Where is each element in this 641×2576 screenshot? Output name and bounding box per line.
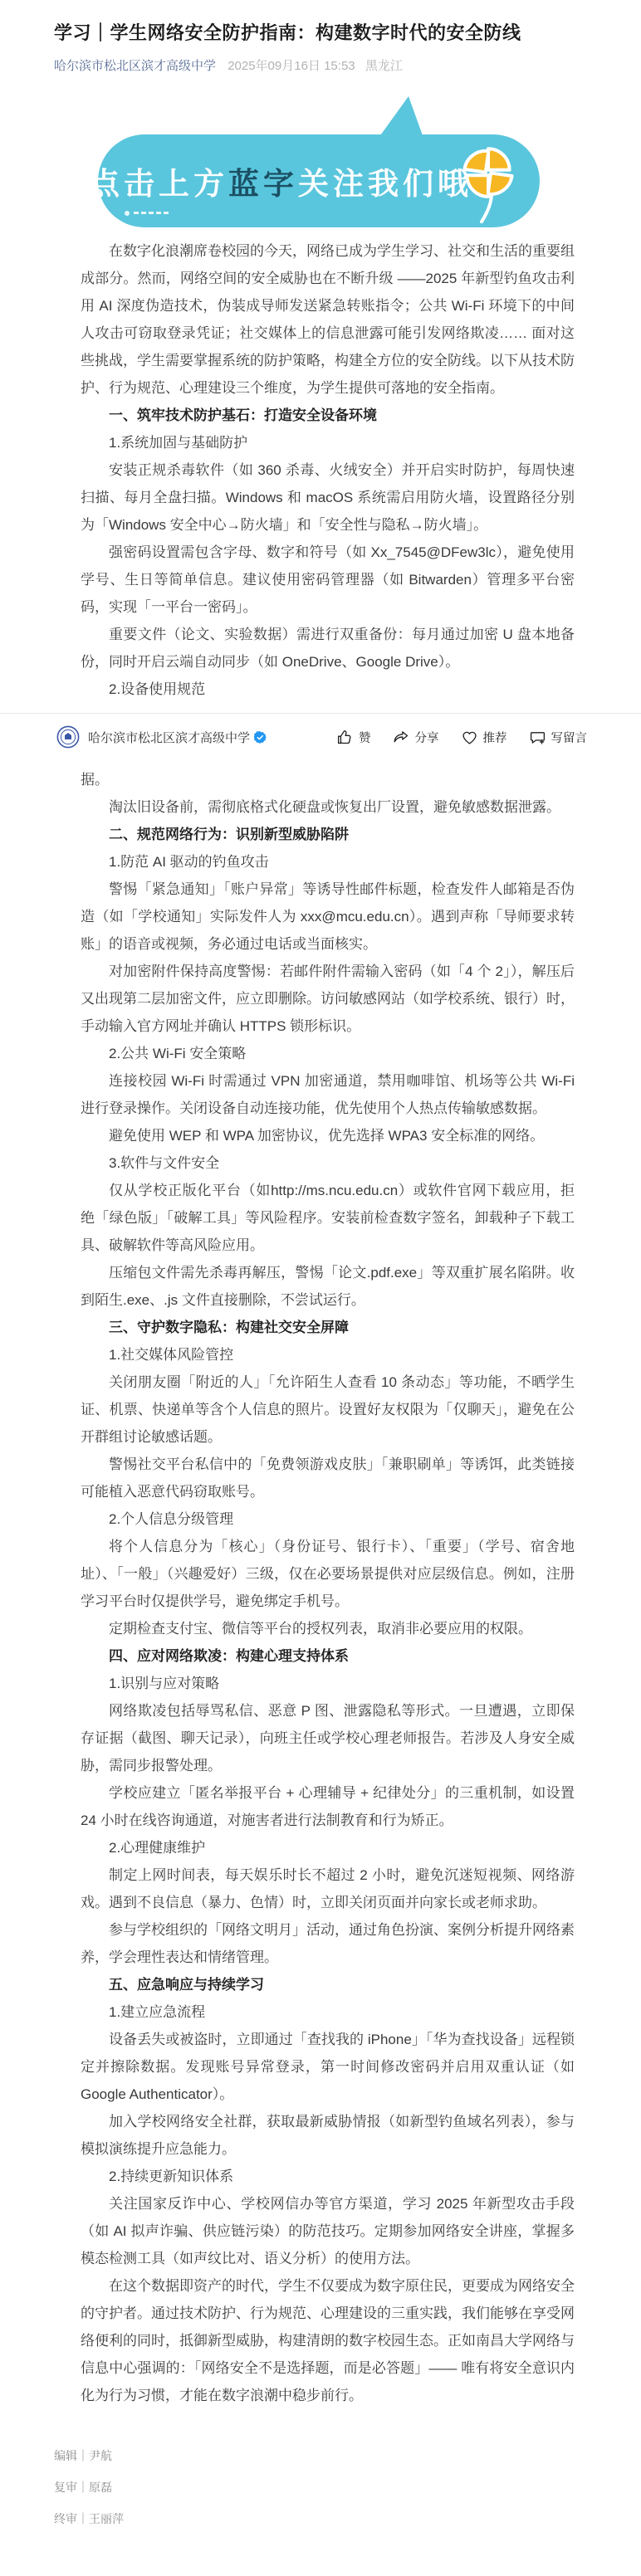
subsection-heading: 2.设备使用规范 [81,676,575,703]
pinwheel-icon [448,139,528,226]
subsection-heading: 1.社交媒体风险管控 [81,1341,575,1368]
subsection-heading: 1.建立应急流程 [81,1998,575,2026]
paragraph: 重要文件（论文、实验数据）需进行双重备份：每月通过加密 U 盘本地备份，同时开启… [81,621,575,676]
action-label: 赞 [359,729,371,746]
bar-account-link[interactable]: 哈尔滨市松北区滨才高级中学 [56,725,267,749]
paragraph: 在这个数据即资产的时代，学生不仅要成为数字原住民，更要成为网络安全的守护者。通过… [81,2272,575,2409]
verified-badge-icon [254,731,267,744]
bar-account-name: 哈尔滨市松北区滨才高级中学 [88,729,250,746]
subsection-heading: 2.心理健康维护 [81,1834,575,1861]
paragraph: 仅从学校正版化平台（如http://ms.ncu.edu.cn）或软件官网下载应… [81,1177,575,1259]
paragraph: 学校应建立「匿名举报平台 + 心理辅导 + 纪律处分」的三重机制，如设置 24 … [81,1779,575,1834]
paragraph: 警惕社交平台私信中的「免费领游戏皮肤」「兼职刷单」等诱饵，此类链接可能植入恶意代… [81,1451,575,1505]
subsection-heading: 2.公共 Wi-Fi 安全策略 [81,1040,575,1067]
account-link[interactable]: 哈尔滨市松北区滨才高级中学 [54,59,216,73]
section-heading: 二、规范网络行为：识别新型威胁陷阱 [81,821,575,848]
paragraph: 关闭朋友圈「附近的人」「允许陌生人查看 10 条动态」等功能，不晒学生证、机票、… [81,1368,575,1451]
paragraph: 将个人信息分为「核心」（身份证号、银行卡）、「重要」（学号、宿舍地址）、「一般」… [81,1533,575,1615]
credit-line: 终审｜王丽萍 [54,2510,587,2527]
bar-actions: 赞分享推荐写留言 [336,729,587,746]
paragraph: 淘汰旧设备前，需彻底格式化硬盘或恢复出厂设置，避免敏感数据泄露。 [81,793,575,821]
section-heading: 五、应急响应与持续学习 [81,1971,575,1998]
article-meta: 哈尔滨市松北区滨才高级中学 2025年09月16日 15:53 黑龙江 [54,57,587,75]
banner-text-highlight: 蓝字 [228,159,298,203]
page-title: 学习｜学生网络安全防护指南：构建数字时代的安全防线 [54,20,587,46]
paragraph: 警惕「紧急通知」「账户异常」等诱导性邮件标题，检查发件人邮箱是否伪造（如「学校通… [81,876,575,958]
action-label: 写留言 [551,729,588,746]
paragraph: 安装正规杀毒软件（如 360 杀毒、火绒安全）并开启实时防护，每周快速扫描、每月… [81,456,575,539]
subsection-heading: 3.软件与文件安全 [81,1149,575,1177]
article-body-part2: 据。淘汰旧设备前，需彻底格式化硬盘或恢复出厂设置，避免敏感数据泄露。二、规范网络… [0,761,641,2409]
like-button[interactable]: 赞 [336,729,371,746]
comment-icon [529,729,546,746]
bubble-tail [375,96,427,138]
paragraph: 避免使用 WEP 和 WPA 加密协议，优先选择 WPA3 安全标准的网络。 [81,1122,575,1149]
paragraph: 关注国家反诈中心、学校网信办等官方渠道，学习 2025 年新型攻击手段（如 AI… [81,2190,575,2272]
section-heading: 一、筑牢技术防护基石：打造安全设备环境 [81,402,575,429]
section-heading: 三、守护数字隐私：构建社交安全屏障 [81,1314,575,1341]
subsection-heading: 2.持续更新知识体系 [81,2163,575,2190]
banner-bubble: 点击上方蓝字关注我们哦 [98,134,540,227]
paragraph: 在数字化浪潮席卷校园的今天，网络已成为学生学习、社交和生活的重要组成部分。然而，… [81,237,575,402]
paragraph: 设备丢失或被盗时，立即通过「查找我的 iPhone」「华为查找设备」远程锁定并擦… [81,2026,575,2108]
banner-text-before: 点击上方 [89,159,228,203]
paragraph: 网络欺凌包括辱骂私信、恶意 P 图、泄露隐私等形式。一旦遭遇，立即保存证据（截图… [81,1697,575,1779]
subsection-heading: 2.个人信息分级管理 [81,1505,575,1533]
action-label: 分享 [415,729,439,746]
location-label: 黑龙江 [365,59,403,73]
paragraph: 制定上网时间表，每天娱乐时长不超过 2 小时，避免沉迷短视频、网络游戏。遇到不良… [81,1861,575,1916]
share-button[interactable]: 分享 [393,729,439,746]
comment-button[interactable]: 写留言 [529,729,588,746]
subsection-heading: 1.系统加固与基础防护 [81,429,575,456]
credit-line: 编辑｜尹航 [54,2447,587,2464]
credit-line: 复审｜原磊 [54,2479,587,2495]
banner-decoration [125,211,169,216]
section-heading: 四、应对网络欺凌：构建心理支持体系 [81,1642,575,1670]
paragraph: 连接校园 Wi-Fi 时需通过 VPN 加密通道，禁用咖啡馆、机场等公共 Wi-… [81,1067,575,1122]
paragraph: 压缩包文件需先杀毒再解压，警惕「论文.pdf.exe」等双重扩展名陷阱。收到陌生… [81,1259,575,1314]
subsection-heading: 1.识别与应对策略 [81,1670,575,1697]
publish-date: 2025年09月16日 15:53 [228,59,355,73]
article-header: 学习｜学生网络安全防护指南：构建数字时代的安全防线 哈尔滨市松北区滨才高级中学 … [0,0,641,75]
floating-action-bar: 哈尔滨市松北区滨才高级中学 赞分享推荐写留言 [0,713,641,761]
paragraph: 定期检查支付宝、微信等平台的授权列表，取消非必要应用的权限。 [81,1615,575,1642]
paragraph: 强密码设置需包含字母、数字和符号（如 Xx_7545@DFew3lc），避免使用… [81,539,575,621]
action-label: 推荐 [483,729,507,746]
footer-credits: 编辑｜尹航复审｜原磊终审｜王丽萍 [0,2447,641,2527]
heart-icon [461,729,478,746]
subsection-heading: 1.防范 AI 驱动的钓鱼攻击 [81,848,575,876]
thumb-up-icon [336,729,354,746]
share-icon [393,729,410,746]
banner-text-after: 关注我们哦 [298,159,472,203]
paragraph: 参与学校组织的「网络文明月」活动，通过角色扮演、案例分析提升网络素养，学会理性表… [81,1916,575,1971]
article-body-part1: 在数字化浪潮席卷校园的今天，网络已成为学生学习、社交和生活的重要组成部分。然而，… [0,229,641,703]
paragraph: 据。 [81,766,575,793]
paragraph: 加入学校网络安全社群，获取最新威胁情报（如新型钓鱼域名列表），参与模拟演练提升应… [81,2108,575,2163]
recommend-button[interactable]: 推荐 [461,729,507,746]
follow-banner[interactable]: 点击上方蓝字关注我们哦 [0,95,641,229]
school-emblem-icon [56,725,80,749]
paragraph: 对加密附件保持高度警惕：若邮件附件需输入密码（如「4 个 2」），解压后又出现第… [81,958,575,1040]
